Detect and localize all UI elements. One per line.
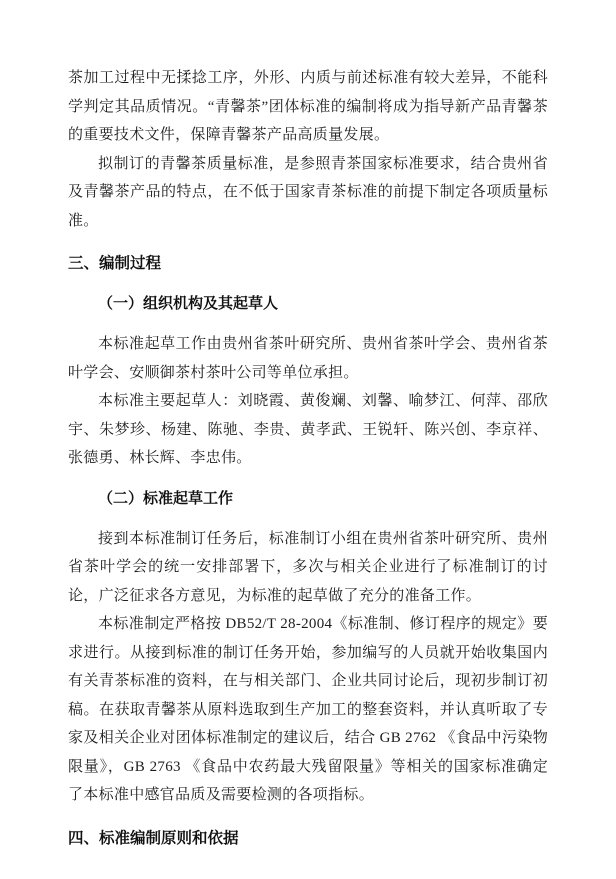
section-heading-3: 三、编制过程 — [68, 250, 548, 278]
paragraph-continuation: 茶加工过程中无揉捻工序，外形、内质与前述标准有较大差异，不能科学判定其品质情况。… — [68, 64, 548, 150]
section-heading-4: 四、标准编制原则和依据 — [68, 825, 548, 853]
document-page: 茶加工过程中无揉捻工序，外形、内质与前述标准有较大差异，不能科学判定其品质情况。… — [0, 0, 616, 879]
paragraph-drafters-list: 本标准主要起草人：刘晓霞、黄俊斓、刘馨、喻梦江、何萍、邵欣宇、朱梦珍、杨建、陈驰… — [68, 387, 548, 473]
paragraph: 拟制订的青馨茶质量标准，是参照青茶国家标准要求，结合贵州省及青馨茶产品的特点，在… — [68, 150, 548, 236]
paragraph: 本标准制定严格按 DB52/T 28-2004《标准制、修订程序的规定》要求进行… — [68, 610, 548, 810]
subsection-heading-3-2: （二）标准起草工作 — [68, 485, 548, 513]
subsection-heading-3-1: （一）组织机构及其起草人 — [68, 290, 548, 318]
paragraph: 本标准起草工作由贵州省茶叶研究所、贵州省茶叶学会、贵州省茶叶学会、安顺御茶村茶叶… — [68, 330, 548, 387]
paragraph: 接到本标准制订任务后，标准制订小组在贵州省茶叶研究所、贵州省茶叶学会的统一安排部… — [68, 525, 548, 611]
